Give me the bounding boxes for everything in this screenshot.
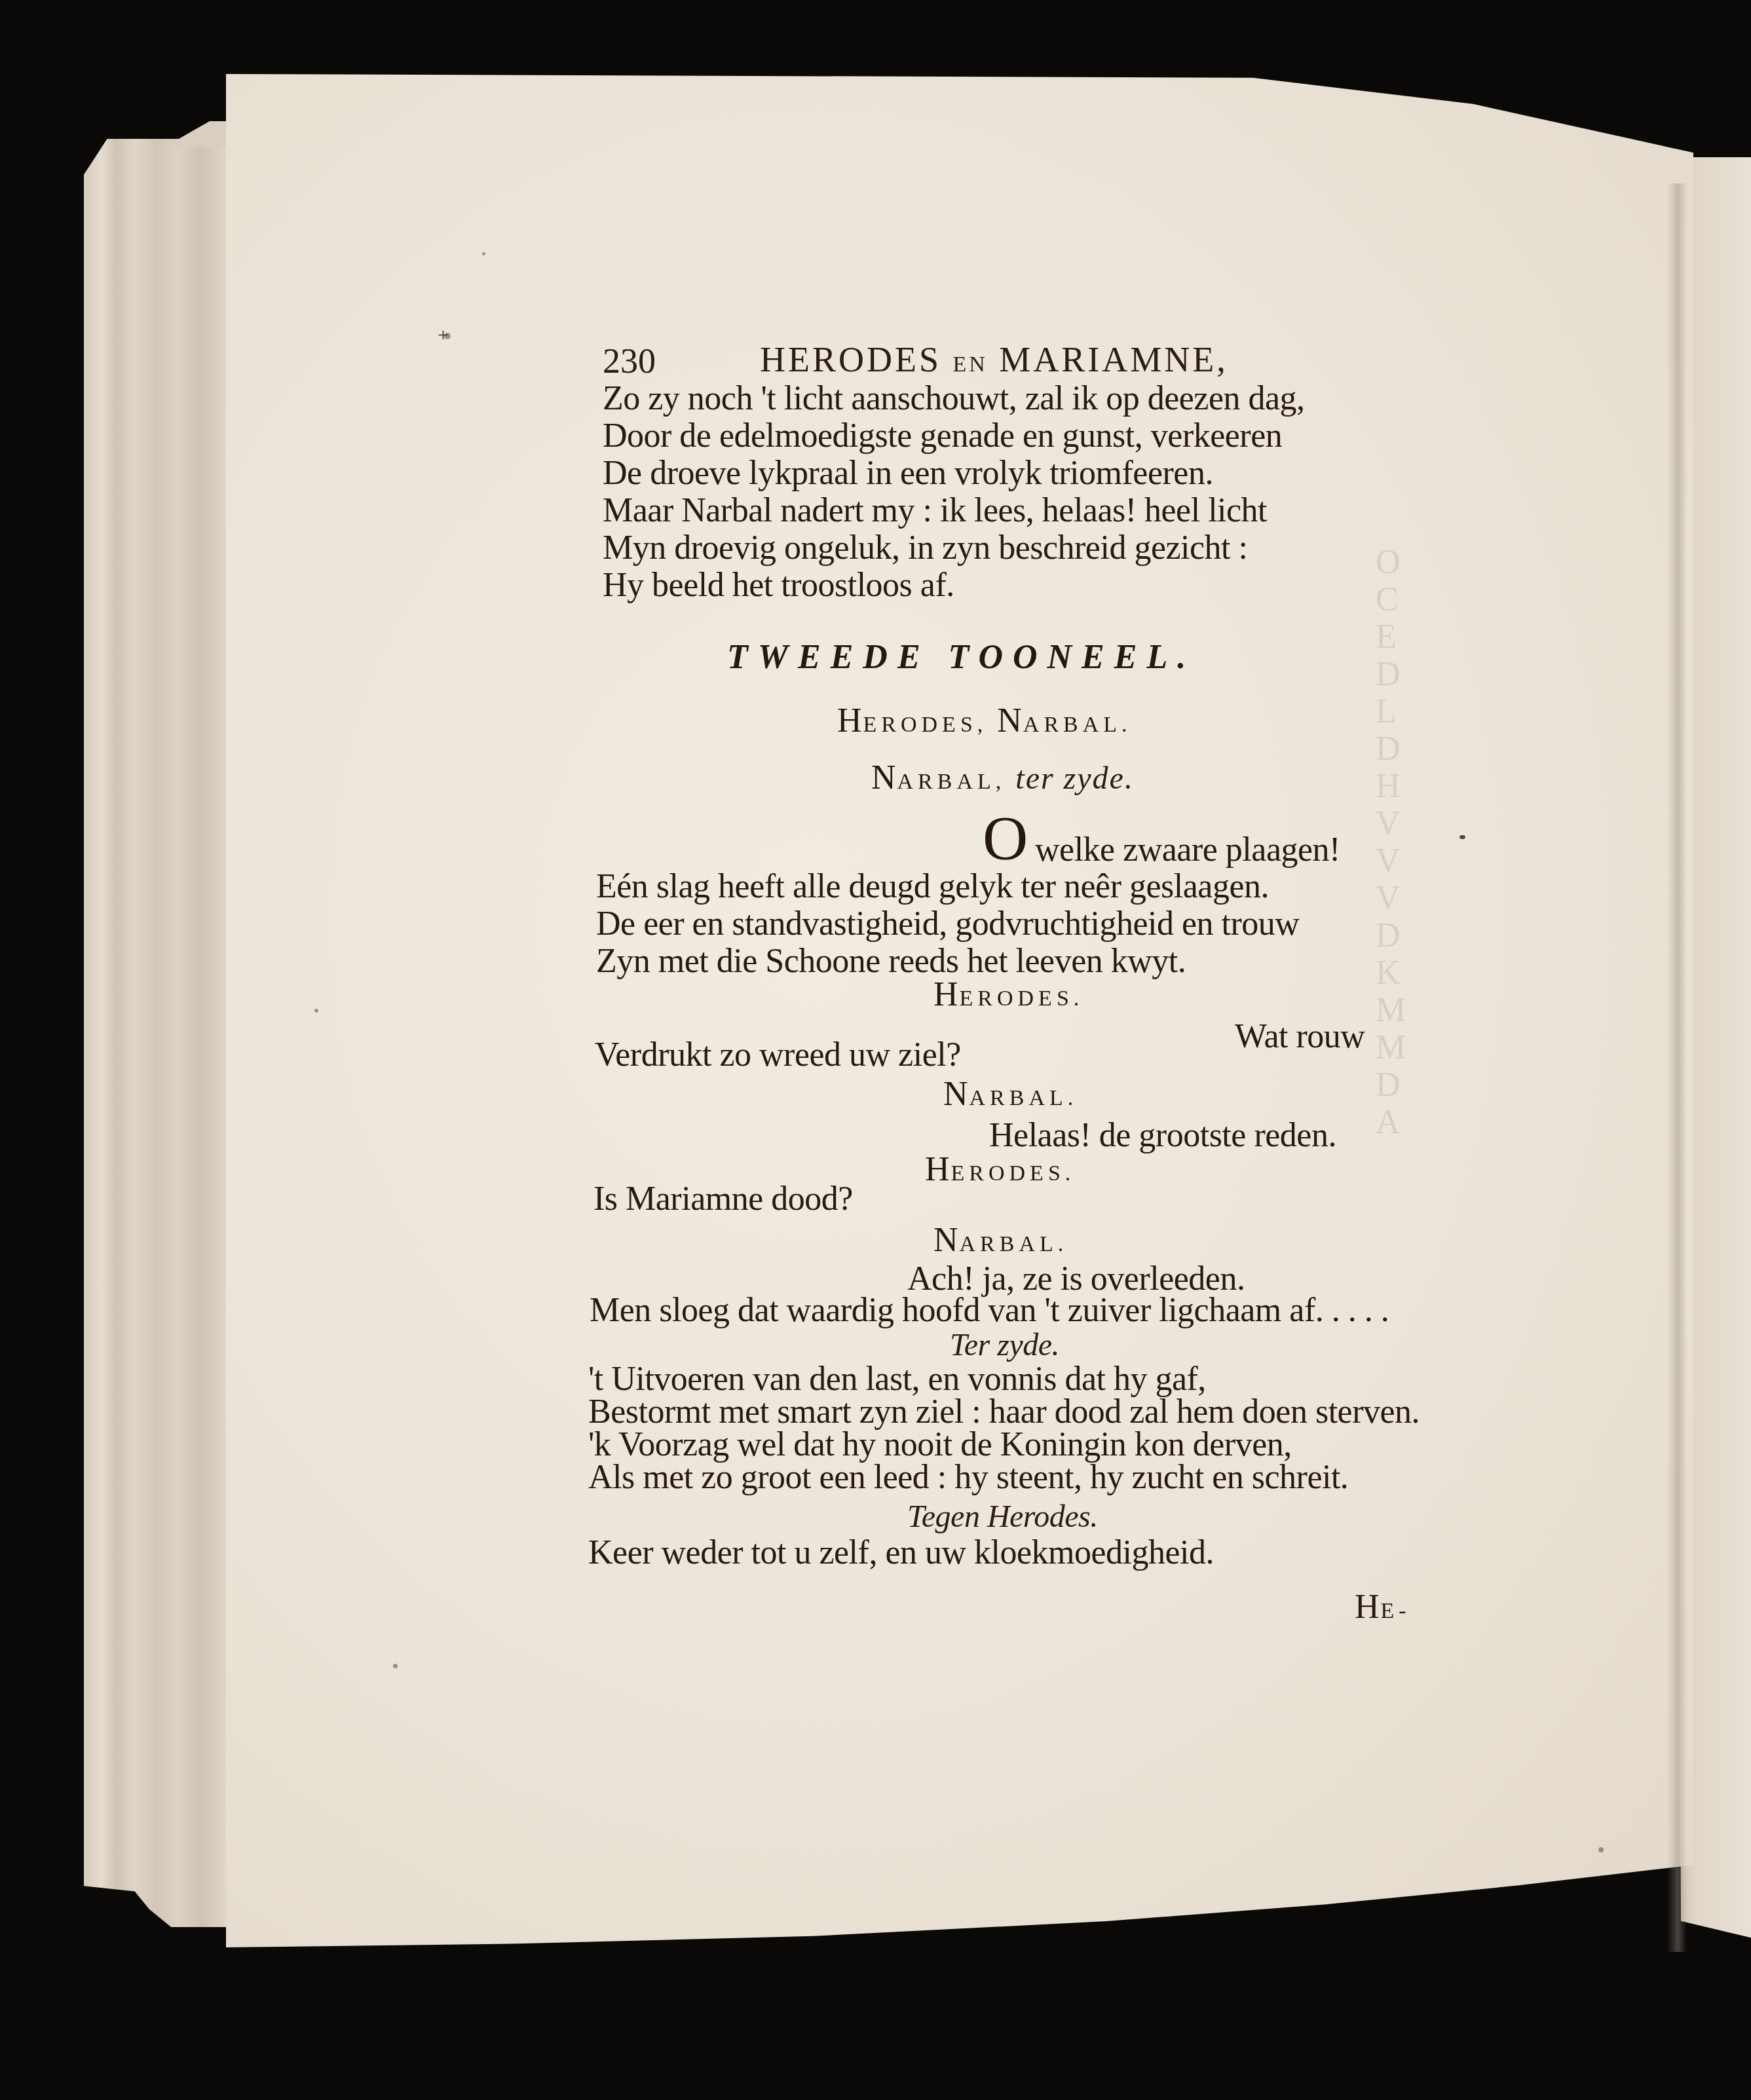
stage-direction: ter zyde. (1015, 761, 1134, 796)
verse-line: 't Uitvoeren van den last, en vonnis dat… (588, 1362, 1206, 1397)
stage-direction: Tegen Herodes. (907, 1501, 1098, 1533)
running-title-part1: HERODES (760, 340, 941, 379)
running-title: HERODES EN MARIAMNE, (760, 339, 1228, 380)
verse-line: Door de edelmoedigste genade en gunst, v… (603, 419, 1282, 453)
speaker-narbal-aside: NARBAL, ter zyde. (871, 761, 1134, 795)
speaker-narbal: NARBAL. (933, 1224, 1068, 1258)
verse-line: Wat rouw (1235, 1020, 1365, 1054)
verse-line: Zo zy noch 't licht aanschouwt, zal ik o… (603, 382, 1305, 416)
verse-line: Keer weder tot u zelf, en uw kloekmoedig… (588, 1536, 1214, 1570)
verse-line: De eer en standvastigheid, godvruchtighe… (596, 907, 1299, 941)
verse-line: Bestormt met smart zyn ziel : haar dood … (588, 1395, 1420, 1429)
margin-mark: + (438, 326, 448, 345)
verse-line: Hy beeld het troostloos af. (603, 569, 954, 603)
drop-cap: O (983, 807, 1028, 870)
speaker-herodes: HERODES. (925, 1153, 1075, 1187)
verse-line: Als met zo groot een leed : hy steent, h… (588, 1461, 1348, 1495)
catchword: HE- (1355, 1590, 1411, 1624)
verse-line: Maar Narbal nadert my : ik lees, helaas!… (603, 494, 1267, 528)
verse-line: Myn droevig ongeluk, in zyn beschreid ge… (603, 531, 1247, 565)
speaker-herodes: HERODES. (933, 978, 1083, 1012)
scene-characters: HERODES, NARBAL. (837, 704, 1132, 738)
scene-title: TWEEDE TOONEEL. (727, 641, 1196, 675)
verse-line: welke zwaare plaagen! (1035, 833, 1340, 867)
verse-line: Verdrukt zo wreed uw ziel? (595, 1038, 961, 1072)
verse-line: 'k Voorzag wel dat hy nooit de Koningin … (588, 1428, 1292, 1462)
stage-direction: Ter zyde. (950, 1330, 1059, 1361)
verse-line: De droeve lykpraal in een vrolyk triomfe… (603, 457, 1213, 491)
verse-line: Helaas! de grootste reden. (989, 1119, 1336, 1153)
speaker-narbal: NARBAL. (943, 1078, 1078, 1112)
running-title-part3: MARIAMNE, (999, 340, 1228, 379)
verse-line: Is Mariamne dood? (593, 1182, 853, 1216)
verse-line: Eén slag heeft alle deugd gelyk ter neêr… (596, 870, 1269, 904)
running-title-part2: EN (953, 352, 988, 377)
verse-line: Men sloeg dat waardig hoofd van 't zuive… (590, 1294, 1389, 1328)
verse-line: Zyn met die Schoone reeds het leeven kwy… (596, 945, 1186, 979)
page-text: + 230 HERODES EN MARIAMNE, Zo zy noch 't… (0, 0, 1751, 2100)
page-number: 230 (603, 341, 656, 381)
